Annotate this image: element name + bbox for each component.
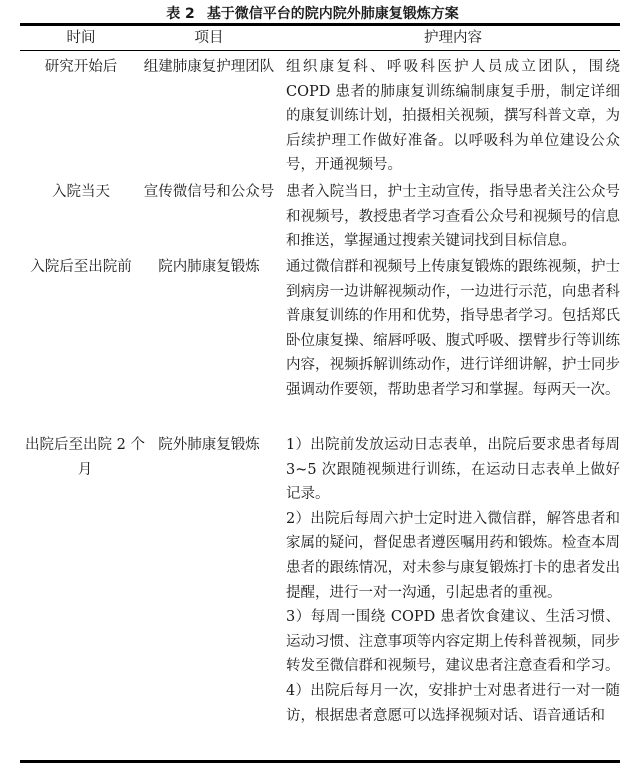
header-item: 项目 — [140, 27, 278, 49]
cell-item: 宣传微信号和公众号 — [140, 180, 278, 205]
content-paragraph: 患者入院当日，护士主动宣传，指导患者关注公众号和视频号，教授患者学习查看公众号和… — [286, 180, 620, 254]
content-paragraph: 2）出院后每周六护士定时进入微信群，解答患者和家属的疑问，督促患者遵医嘱用药和锻… — [286, 507, 620, 605]
header-content: 护理内容 — [286, 27, 620, 49]
cell-content: 通过微信群和视频号上传康复锻炼的跟练视频，护士到病房一边讲解视频动作，一边进行示… — [286, 255, 620, 403]
table-number: 表 2 — [166, 6, 195, 22]
content-paragraph: 4）出院后每月一次，安排护士对患者进行一对一随访，根据患者意愿可以选择视频对话、… — [286, 679, 620, 728]
cell-time: 入院当天 — [22, 180, 140, 205]
cell-item: 院内肺康复锻炼 — [140, 255, 278, 280]
header-time: 时间 — [22, 27, 140, 49]
top-rule — [20, 23, 620, 26]
cell-item: 组建肺康复护理团队 — [140, 55, 278, 80]
header-rule — [20, 50, 620, 51]
table-title: 基于微信平台的院内院外肺康复锻炼方案 — [207, 6, 459, 22]
cell-time: 入院后至出院前 — [22, 255, 140, 280]
table-caption: 表 2基于微信平台的院内院外肺康复锻炼方案 — [0, 3, 625, 23]
cell-content: 组织康复科、呼吸科医护人员成立团队，围绕 COPD 患者的肺康复训练编制康复手册… — [286, 55, 620, 178]
cell-content: 患者入院当日，护士主动宣传，指导患者关注公众号和视频号，教授患者学习查看公众号和… — [286, 180, 620, 254]
cell-time: 研究开始后 — [22, 55, 140, 80]
bottom-rule — [20, 760, 620, 763]
content-paragraph: 组织康复科、呼吸科医护人员成立团队，围绕 COPD 患者的肺康复训练编制康复手册… — [286, 55, 620, 178]
cell-item: 院外肺康复锻炼 — [140, 433, 278, 458]
content-paragraph: 1）出院前发放运动日志表单，出院后要求患者每周 3~5 次跟随视频进行训练，在运… — [286, 433, 620, 507]
cell-time: 出院后至出院 2 个月 — [22, 433, 148, 482]
content-paragraph: 3）每周一围绕 COPD 患者饮食建议、生活习惯、运动习惯、注意事项等内容定期上… — [286, 605, 620, 679]
content-paragraph: 通过微信群和视频号上传康复锻炼的跟练视频，护士到病房一边讲解视频动作，一边进行示… — [286, 255, 620, 403]
cell-content: 1）出院前发放运动日志表单，出院后要求患者每周 3~5 次跟随视频进行训练，在运… — [286, 433, 620, 728]
